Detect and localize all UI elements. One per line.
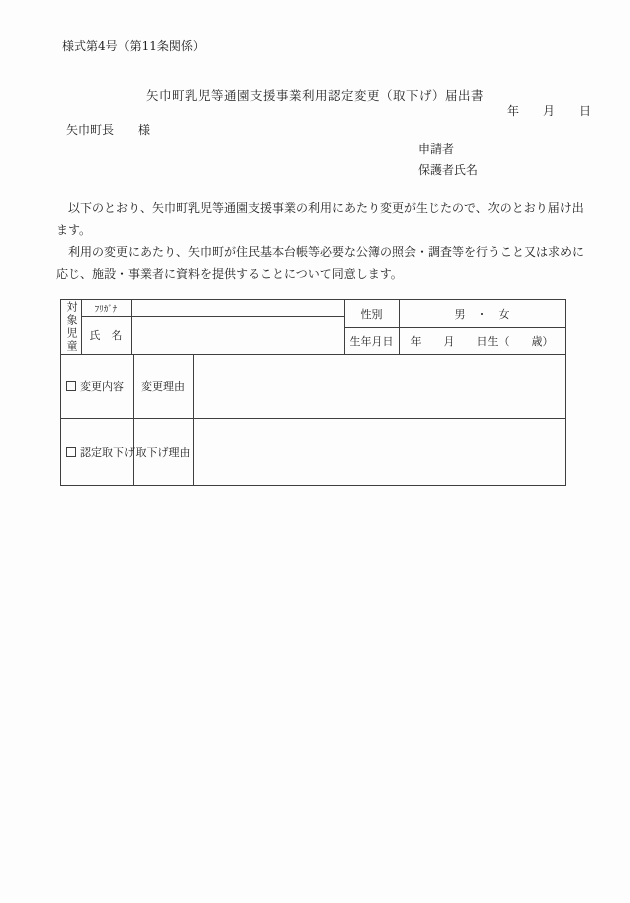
furigana-input-cell	[131, 300, 344, 316]
date-line: 年 月 日	[507, 104, 591, 118]
document-title: 矢巾町乳児等通園支援事業利用認定変更（取下げ）届出書	[0, 86, 630, 104]
sex-label: 性別	[344, 300, 399, 327]
withdrawal-reason-label: 取下げ理由	[133, 418, 193, 485]
withdrawal-checkbox	[66, 447, 76, 457]
withdrawal-reason-input-cell	[193, 418, 565, 485]
applicant-label: 申請者	[418, 142, 454, 156]
furigana-label: ﾌﾘｶﾞﾅ	[81, 300, 131, 316]
change-reason-input-cell	[193, 354, 565, 418]
guardian-name-label: 保護者氏名	[418, 163, 478, 177]
name-input-cell	[131, 316, 344, 354]
change-reason-label: 変更理由	[133, 354, 193, 418]
paragraph-declaration: 以下のとおり、矢巾町乳児等通園支援事業の利用にあたり変更が生じたので、次のとおり…	[56, 197, 593, 241]
name-label: 氏 名	[81, 316, 131, 354]
birthdate-value: 年 月 日生（ 歳）	[399, 327, 565, 354]
addressee: 矢巾町長 様	[66, 123, 150, 137]
change-item-label: 変更内容	[80, 378, 124, 394]
birthdate-label: 生年月日	[344, 327, 399, 354]
form-number: 様式第4号（第11条関係）	[62, 39, 205, 53]
body-paragraphs: 以下のとおり、矢巾町乳児等通園支援事業の利用にあたり変更が生じたので、次のとおり…	[56, 197, 593, 285]
change-checkbox	[66, 381, 76, 391]
document-page: 様式第4号（第11条関係） 矢巾町乳児等通園支援事業利用認定変更（取下げ）届出書…	[0, 0, 630, 903]
paragraph-consent: 利用の変更にあたり、矢巾町が住民基本台帳等必要な公簿の照会・調査等を行うこと又は…	[56, 241, 593, 285]
form-table: 対象児童 ﾌﾘｶﾞﾅ 氏 名 性別 男 ・ 女 生年月日 年 月 日生（ 歳） …	[60, 299, 566, 486]
change-item-cell: 変更内容	[61, 354, 133, 418]
withdrawal-item-label: 認定取下げ	[80, 444, 135, 460]
withdrawal-item-cell: 認定取下げ	[61, 418, 133, 485]
sex-options: 男 ・ 女	[399, 300, 565, 327]
subject-child-label: 対象児童	[61, 300, 81, 354]
